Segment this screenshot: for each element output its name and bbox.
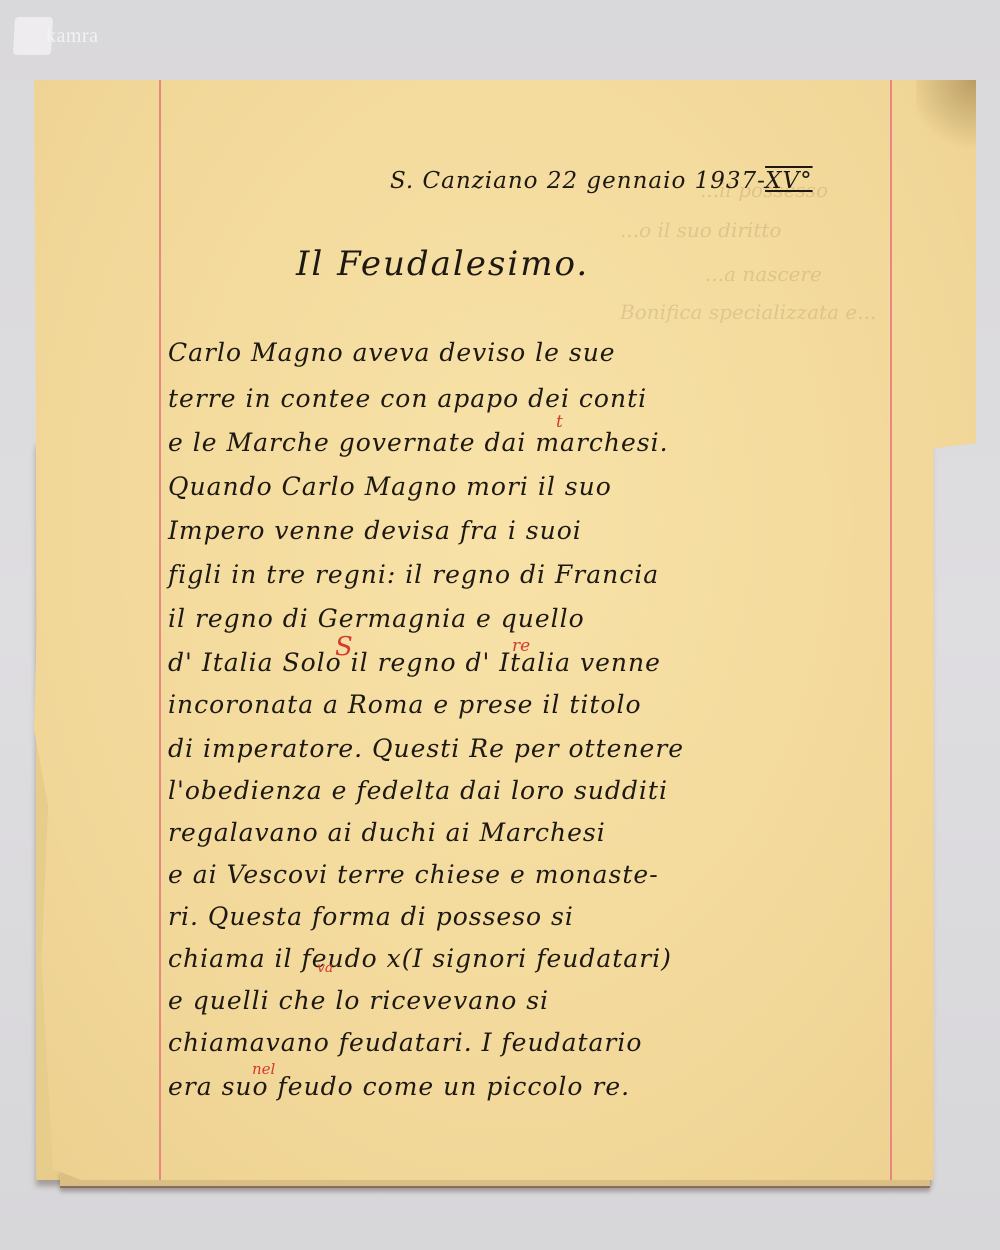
red-correction-mark: re [512, 636, 530, 656]
text-line: era suo feudo come un piccolo re. [168, 1072, 630, 1101]
text-line: chiama il feudo x(I signori feudatari) [168, 944, 672, 973]
red-correction-mark: S [335, 632, 353, 662]
text-line: ri. Questa forma di posseso si [168, 902, 574, 931]
text-line: terre in contee con apapo dei conti [168, 384, 647, 413]
text-line: chiamavano feudatari. I feudatario [168, 1028, 642, 1057]
text-line: Impero venne devisa fra i suoi [168, 516, 582, 545]
place-date-text: S. Canziano 22 gennaio 1937- [390, 168, 765, 194]
red-correction-mark: nel [252, 1060, 275, 1078]
text-line: e quelli che lo ricevevano si [168, 986, 549, 1015]
kamra-watermark: kamra [14, 14, 114, 58]
text-line: Carlo Magno aveva deviso le sue [168, 338, 616, 367]
fascist-era-year: XV° [765, 168, 812, 194]
text-line: il regno di Germagnia e quello [168, 604, 585, 633]
text-line: di imperatore. Questi Re per ottenere [168, 734, 684, 763]
bleed-through-text: Bonifica specializzata e... [620, 300, 876, 324]
red-correction-mark: va [317, 960, 333, 976]
text-line: regalavano ai duchi ai Marchesi [168, 818, 606, 847]
text-line: e ai Vescovi terre chiese e monaste- [168, 860, 659, 889]
text-line: d' Italia Solo il regno d' Italia venne [168, 648, 661, 677]
right-margin-line [890, 80, 892, 1180]
bleed-through-text: ...o il suo diritto [620, 218, 781, 242]
text-line: incoronata a Roma e prese il titolo [168, 690, 642, 719]
red-correction-mark: t [556, 412, 563, 432]
text-line: figli in tre regni: il regno di Francia [168, 560, 659, 589]
document-title: Il Feudalesimo. [296, 244, 589, 284]
place-date-header: S. Canziano 22 gennaio 1937-XV° [390, 168, 813, 194]
text-line: Quando Carlo Magno mori il suo [168, 472, 612, 501]
bleed-through-text: ...a nascere [705, 262, 822, 286]
text-line: e le Marche governate dai marchesi. [168, 428, 669, 457]
watermark-label: kamra [46, 25, 98, 48]
text-line: l'obedienza e fedelta dai loro sudditi [168, 776, 668, 805]
left-margin-line [159, 80, 161, 1180]
